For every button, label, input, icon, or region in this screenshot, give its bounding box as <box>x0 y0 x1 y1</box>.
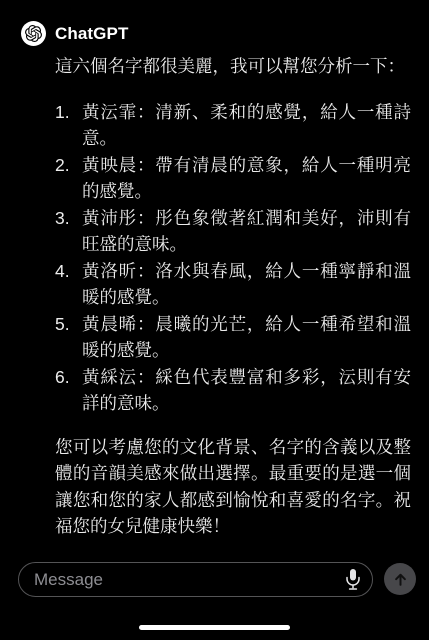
message-input-placeholder: Message <box>34 570 345 590</box>
list-number: 4. <box>55 258 82 311</box>
list-number: 5. <box>55 311 82 364</box>
list-item-text: 黃沄霏：清新、柔和的感覺，給人一種詩意。 <box>82 99 411 152</box>
list-item: 3. 黃沛彤：彤色象徵著紅潤和美好，沛則有旺盛的意味。 <box>55 205 411 258</box>
list-item-text: 黃洛昕：洛水與春風，給人一種寧靜和溫暖的感覺。 <box>82 258 411 311</box>
list-number: 1. <box>55 99 82 152</box>
list-item-text: 黃沛彤：彤色象徵著紅潤和美好，沛則有旺盛的意味。 <box>82 205 411 258</box>
list-item: 6. 黃綵沄：綵色代表豐富和多彩，沄則有安詳的意味。 <box>55 364 411 417</box>
list-item-text: 黃晨晞：晨曦的光芒，給人一種希望和溫暖的感覺。 <box>82 311 411 364</box>
list-item: 4. 黃洛昕：洛水與春風，給人一種寧靜和溫暖的感覺。 <box>55 258 411 311</box>
chatgpt-openai-logo-icon <box>21 21 46 46</box>
list-item-text: 黃映晨：帶有清晨的意象，給人一種明亮的感覺。 <box>82 152 411 205</box>
list-number: 3. <box>55 205 82 258</box>
arrow-up-icon <box>392 571 409 588</box>
message-header: ChatGPT <box>0 0 429 46</box>
list-number: 6. <box>55 364 82 417</box>
list-item: 1. 黃沄霏：清新、柔和的感覺，給人一種詩意。 <box>55 99 411 152</box>
message-input[interactable]: Message <box>18 562 373 597</box>
message-intro: 這六個名字都很美麗，我可以幫您分析一下： <box>55 53 411 80</box>
chatgpt-mobile-screen: ChatGPT 這六個名字都很美麗，我可以幫您分析一下： 1. 黃沄霏：清新、柔… <box>0 0 429 640</box>
list-item: 2. 黃映晨：帶有清晨的意象，給人一種明亮的感覺。 <box>55 152 411 205</box>
sender-name: ChatGPT <box>55 24 128 44</box>
list-item: 5. 黃晨晞：晨曦的光芒，給人一種希望和溫暖的感覺。 <box>55 311 411 364</box>
name-analysis-list: 1. 黃沄霏：清新、柔和的感覺，給人一種詩意。 2. 黃映晨：帶有清晨的意象，給… <box>55 99 411 417</box>
list-item-text: 黃綵沄：綵色代表豐富和多彩，沄則有安詳的意味。 <box>82 364 411 417</box>
microphone-icon[interactable] <box>345 568 361 591</box>
composer: Message <box>0 559 429 605</box>
message-closing: 您可以考慮您的文化背景、名字的含義以及整體的音韻美感來做出選擇。最重要的是選一個… <box>55 434 411 540</box>
list-number: 2. <box>55 152 82 205</box>
send-button[interactable] <box>384 563 416 595</box>
home-indicator[interactable] <box>139 625 290 630</box>
assistant-message: 這六個名字都很美麗，我可以幫您分析一下： 1. 黃沄霏：清新、柔和的感覺，給人一… <box>55 53 411 540</box>
